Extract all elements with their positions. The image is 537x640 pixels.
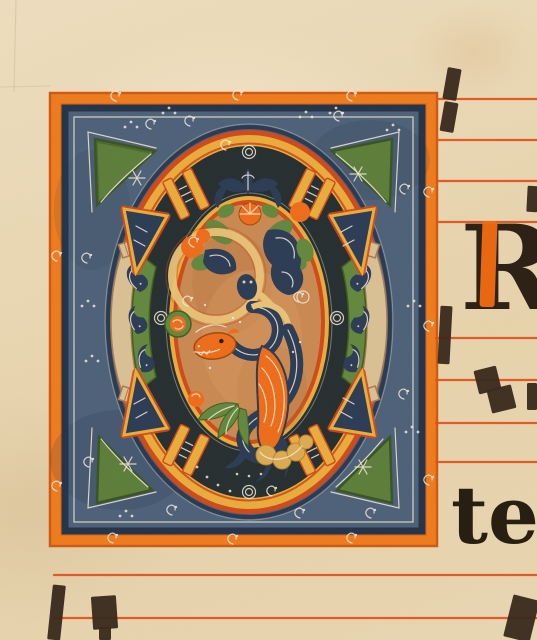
- rubric-stroke: [480, 221, 498, 307]
- neume: [440, 101, 459, 133]
- neume: [503, 594, 537, 640]
- neume: [442, 67, 461, 101]
- neume: [437, 306, 452, 365]
- neume: [527, 383, 537, 410]
- neume: [47, 584, 66, 640]
- neume: [99, 627, 111, 640]
- music-notation-layer: Rte: [0, 0, 537, 640]
- lyric-text: te: [451, 468, 537, 562]
- manuscript-page: Rte: [0, 0, 537, 640]
- lyric-text: R: [460, 199, 537, 337]
- neume: [91, 595, 118, 630]
